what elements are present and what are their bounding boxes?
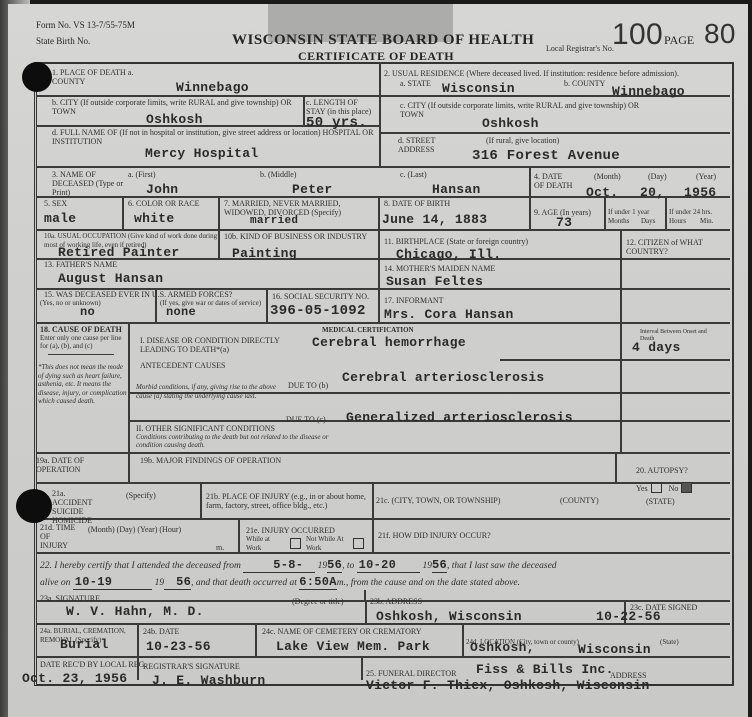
cemetery-label: 24c. NAME OF CEMETERY OR CREMATORY	[262, 627, 422, 636]
other-conditions-hint: Conditions contributing to the death but…	[136, 433, 336, 449]
due-to-b-label: DUE TO (b)	[288, 381, 328, 390]
marital-status: married	[250, 215, 298, 227]
autopsy-options: Yes No	[636, 478, 695, 496]
street-address: 316 Forest Avenue	[472, 148, 620, 164]
injury-state-label: (STATE)	[646, 497, 675, 506]
cause-a: Cerebral hemorrhage	[312, 335, 466, 350]
month-label: (Month)	[594, 172, 621, 181]
rule	[361, 656, 363, 680]
birthplace: Chicago, Ill.	[396, 247, 501, 262]
last-name: Hansan	[432, 182, 481, 197]
morbid-conditions-hint: Morbid conditions, if any, giving rise t…	[136, 383, 281, 400]
local-registrar-no: 100	[612, 18, 663, 52]
funeral-firm: Fiss & Bills Inc.	[476, 662, 614, 677]
rule	[36, 229, 730, 231]
burial-date: 10-23-56	[146, 639, 211, 654]
certify-text: , that I last saw the deceased	[447, 561, 557, 571]
funeral-director-label: 25. FUNERAL DIRECTOR	[366, 669, 456, 678]
business: Painting	[232, 246, 297, 261]
race: white	[134, 211, 175, 226]
rule	[615, 452, 617, 482]
form-number: Form No. VS 13-7/55-75M	[36, 20, 135, 30]
days-label: Days	[641, 217, 655, 226]
death-year: 1956	[684, 185, 716, 200]
rule	[128, 452, 130, 482]
residence-state: Wisconsin	[442, 81, 515, 96]
attended-to-year: 56	[432, 558, 447, 573]
attended-from: 5-8-	[243, 558, 315, 573]
rule	[36, 482, 730, 484]
last-name-label: c. (Last)	[400, 170, 427, 179]
injury-county-label: (COUNTY)	[560, 496, 599, 505]
institution: Mercy Hospital	[145, 146, 258, 161]
cause-b: Cerebral arteriosclerosis	[342, 370, 545, 385]
autopsy-label: 20. AUTOPSY?	[636, 466, 688, 475]
date-received-label: DATE REC'D BY LOCAL REG.	[40, 660, 146, 669]
sex-label: 5. SEX	[44, 199, 67, 208]
certification-line-2: alive on 10-19 1956, and that death occu…	[40, 575, 730, 589]
attended-from-year: 56	[327, 558, 342, 573]
rule	[620, 322, 622, 452]
rule	[266, 288, 268, 322]
armed-forces: no	[80, 305, 95, 319]
operation-findings-label: 19b. MAJOR FINDINGS OF OPERATION	[140, 456, 281, 465]
death-day: 20,	[640, 185, 664, 200]
under-24-hours-label: If under 24 hrs.	[669, 208, 712, 217]
deceased-name-label: 3. NAME OF DECEASED (Type or Print)	[52, 170, 132, 197]
rule	[380, 132, 730, 134]
length-of-stay-label: c. LENGTH OF STAY (in this place)	[306, 98, 378, 116]
rule	[303, 95, 305, 125]
rule	[36, 452, 730, 454]
rule	[665, 196, 667, 229]
operation-date-label: 19a. DATE OF OPERATION	[36, 456, 126, 474]
binder-hole	[16, 489, 52, 523]
certify-text: 22. I hereby certify that I attended the…	[40, 561, 241, 571]
accident-type-label: 21a. ACCIDENT SUICIDE HOMICIDE	[52, 489, 92, 525]
date-of-birth: June 14, 1883	[382, 212, 487, 227]
death-month: Oct.	[586, 185, 618, 200]
middle-name: Peter	[292, 182, 333, 197]
residence-state-label: a. STATE	[400, 79, 431, 88]
physician-address-label: 23b. ADDRESS	[370, 597, 422, 606]
autopsy-yes-checkbox[interactable]	[651, 482, 662, 493]
rule	[500, 359, 730, 361]
occupation: Retired Painter	[58, 245, 180, 260]
certify-text: m., from the cause and on the date state…	[337, 578, 520, 588]
not-while-at-work-label: Not While At Work	[306, 535, 346, 553]
mother-maiden-name: Susan Feltes	[386, 274, 483, 289]
social-security-label: 16. SOCIAL SECURITY NO.	[272, 292, 369, 301]
binder-hole	[22, 62, 52, 92]
hours-label: Hours	[669, 217, 686, 226]
death-occurred-label: , and that death occurred at	[191, 578, 297, 588]
institution-label: d. FULL NAME OF (If not in hospital or i…	[52, 128, 377, 146]
physician-signature: W. V. Hahn, M. D.	[66, 604, 204, 619]
residence-county-label: b. COUNTY	[564, 79, 605, 88]
marital-status-label: 7. MARRIED, NEVER MARRIED, WIDOWED, DIVO…	[224, 199, 374, 217]
date-of-death-label: 4. DATE OF DEATH	[534, 172, 574, 190]
place-of-death-label: 1. PLACE OF DEATH a. COUNTY	[52, 68, 142, 86]
rule	[365, 600, 367, 623]
rule	[128, 322, 130, 452]
specify-label: (Specify)	[126, 491, 156, 500]
registrar-signature: J. E. Washburn	[152, 673, 265, 688]
burial-state-label: (State)	[660, 638, 679, 647]
rule	[36, 95, 379, 97]
m-label: m.	[216, 543, 224, 552]
page-label: PAGE	[664, 33, 694, 48]
rule	[36, 322, 730, 324]
rule	[255, 623, 257, 656]
autopsy-no-checkbox[interactable]	[681, 482, 692, 493]
year-prefix: 19	[423, 561, 433, 571]
due-to-c-label: DUE TO (c)	[286, 415, 326, 424]
residence-city: Oshkosh	[482, 116, 539, 131]
cause-c: Generalized arteriosclerosis	[346, 410, 573, 425]
rule	[620, 229, 622, 322]
death-city: Oshkosh	[146, 112, 203, 127]
father-name-label: 13. FATHER'S NAME	[44, 260, 117, 269]
date-signed: 10-22-56	[596, 609, 661, 624]
rule	[122, 196, 124, 229]
mother-maiden-name-label: 14. MOTHER'S MAIDEN NAME	[384, 264, 495, 273]
rule	[36, 196, 730, 198]
day-label: (Day)	[648, 172, 667, 181]
rule	[372, 482, 374, 552]
street-hint: (If rural, give location)	[486, 136, 559, 145]
other-conditions-label: II. OTHER SIGNIFICANT CONDITIONS	[136, 424, 275, 433]
date-of-birth-label: 8. DATE OF BIRTH	[384, 199, 450, 208]
last-seen-year: 56	[164, 575, 191, 590]
middle-name-label: b. (Middle)	[260, 170, 296, 179]
father-name: August Hansan	[58, 271, 163, 286]
registrar-signature-label: REGISTRAR'S SIGNATURE	[143, 662, 240, 671]
rule	[36, 518, 730, 520]
year-prefix: 19	[155, 578, 165, 588]
last-seen-alive: 10-19	[73, 575, 153, 590]
while-at-work-label: While at Work	[246, 535, 286, 553]
informant: Mrs. Cora Hansan	[384, 307, 514, 322]
burial-type: Burial	[60, 637, 109, 652]
war-service: none	[166, 305, 196, 319]
certification-line-1: 22. I hereby certify that I attended the…	[40, 558, 730, 572]
sex: male	[44, 211, 76, 226]
cause-of-death-label: 18. CAUSE OF DEATH	[40, 325, 122, 334]
antecedent-causes-label: ANTECEDENT CAUSES	[140, 361, 225, 370]
death-county: Winnebago	[176, 80, 249, 95]
rule	[529, 166, 531, 229]
interval-onset-death: 4 days	[632, 340, 681, 355]
cause-footnote: *This does not mean the mode of dying su…	[38, 363, 128, 406]
armed-forces-label: 15. WAS DECEASED EVER IN U.S. ARMED FORC…	[44, 290, 232, 299]
year-label: (Year)	[696, 172, 716, 181]
rule	[36, 552, 730, 554]
rule	[48, 354, 114, 355]
informant-label: 17. INFORMANT	[384, 296, 444, 305]
burial-date-label: 24b. DATE	[143, 627, 179, 636]
rule	[238, 518, 240, 552]
citizen-label: 12. CITIZEN of WHAT COUNTRY?	[626, 238, 726, 256]
age: 73	[556, 215, 572, 230]
local-registrar-label: Local Registrar's No.	[546, 44, 614, 53]
alive-on-label: alive on	[40, 578, 70, 588]
disease-condition-label: I. DISEASE OR CONDITION DIRECTLY LEADING…	[140, 336, 315, 354]
social-security-number: 396-05-1092	[270, 303, 366, 319]
state-birth-no: State Birth No.	[36, 36, 90, 46]
usual-residence-label: 2. USUAL RESIDENCE (Where deceased lived…	[384, 69, 724, 78]
rule	[462, 623, 464, 656]
under-one-year-label: If under 1 year	[608, 208, 649, 217]
to-label: to	[347, 561, 354, 571]
physician-address: Oshkosh, Wisconsin	[376, 609, 522, 624]
date-received: Oct. 23, 1956	[22, 671, 127, 686]
first-name-label: a. (First)	[128, 170, 156, 179]
rule	[378, 196, 380, 322]
rule	[379, 62, 381, 166]
attended-to: 10-20	[357, 558, 421, 573]
autopsy-yes-label: Yes	[636, 484, 648, 493]
year-prefix: 19	[318, 561, 328, 571]
time-of-death: 6:50A	[299, 575, 337, 590]
residence-county: Winnebago	[612, 84, 685, 99]
signature-label: 23a. SIGNATURE	[40, 594, 100, 603]
degree-title-label: (Degree or title)	[292, 597, 344, 606]
while-at-work-checkbox[interactable]	[290, 538, 301, 549]
min-label: Min.	[700, 217, 713, 226]
cemetery-name: Lake View Mem. Park	[276, 639, 430, 654]
rule	[364, 590, 366, 600]
rule	[36, 166, 730, 168]
not-while-at-work-checkbox[interactable]	[353, 538, 364, 549]
time-columns-label: (Month) (Day) (Year) (Hour)	[88, 525, 181, 534]
rule	[200, 482, 202, 518]
page-number: 80	[704, 18, 736, 50]
place-of-injury-label: 21b. PLACE OF INJURY (e.g., in or about …	[206, 492, 371, 510]
burial-location-city: Oshkosh,	[470, 640, 535, 655]
first-name: John	[146, 182, 178, 197]
street-address-label: d. STREET ADDRESS	[398, 136, 448, 154]
time-of-injury-label: 21d. TIME OF INJURY	[40, 523, 80, 550]
race-label: 6. COLOR OR RACE	[128, 199, 200, 208]
cause-instruction: Enter only one cause per line for (a), (…	[40, 334, 126, 350]
burial-location-state: Wisconsin	[578, 642, 651, 657]
months-label: Months	[608, 217, 629, 226]
autopsy-no-label: No	[669, 484, 679, 493]
funeral-director: Victor F. Thiex, Oshkosh, Wisconsin	[366, 678, 650, 693]
medical-certification-label: MEDICAL CERTIFICATION	[322, 326, 414, 335]
injury-city-label: 21c. (CITY, TOWN, OR TOWNSHIP)	[376, 496, 500, 505]
document-title: WISCONSIN STATE BOARD OF HEALTH	[232, 32, 534, 49]
business-label: 10b. KIND OF BUSINESS OR INDUSTRY	[224, 232, 374, 241]
birthplace-label: 11. BIRTHPLACE (State or foreign country…	[384, 237, 528, 246]
rule	[604, 196, 606, 229]
how-injury-occurred-label: 21f. HOW DID INJURY OCCUR?	[378, 531, 491, 540]
injury-occurred-label: 21e. INJURY OCCURRED	[246, 526, 335, 535]
